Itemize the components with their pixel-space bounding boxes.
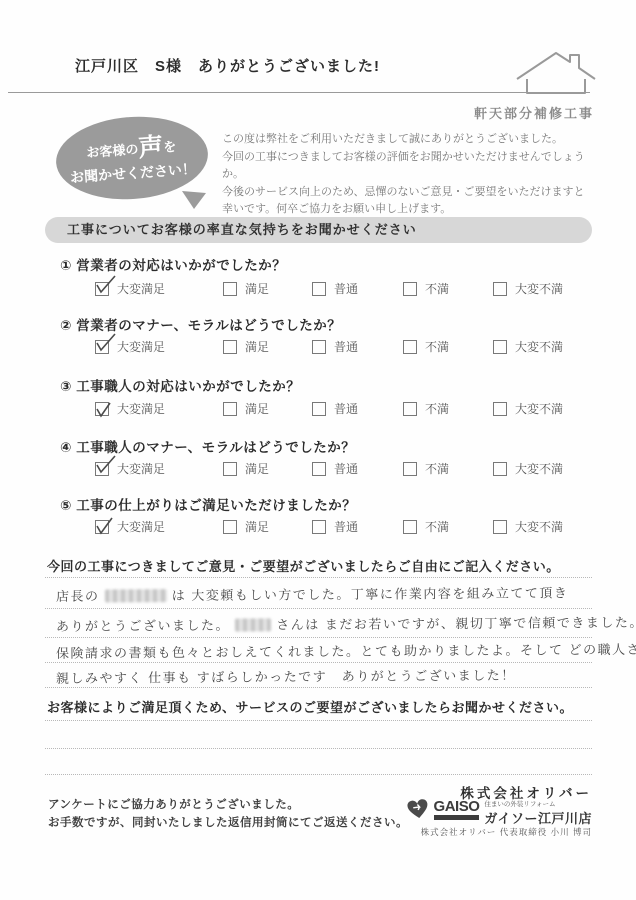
checkbox[interactable] <box>403 340 417 354</box>
redacted-name <box>105 589 167 602</box>
checkmark-icon <box>94 398 117 420</box>
option-fuman: 不満 <box>403 400 449 417</box>
store-name: ガイソー江戸川店 <box>484 808 592 827</box>
option-manzoku: 満足 <box>223 518 269 535</box>
checkbox[interactable] <box>312 282 326 296</box>
bubble-emphasis: 声 <box>137 133 164 163</box>
gaiso-logo: GAISO 住まいの外装リフォーム ガイソー江戸川店 <box>407 799 592 827</box>
representative-line: 株式会社オリバー 代表取締役 小川 博司 <box>421 826 592 838</box>
writing-line[interactable] <box>45 720 592 721</box>
checkmark-icon <box>94 332 117 354</box>
checkbox[interactable] <box>312 520 326 534</box>
option-daihen-manzoku: 大変満足 <box>95 400 165 417</box>
option-futsuu: 普通 <box>312 280 358 297</box>
option-futsuu: 普通 <box>312 338 358 355</box>
checkmark-icon <box>94 515 117 537</box>
store-block: 住まいの外装リフォーム ガイソー江戸川店 <box>484 799 592 827</box>
intro-paragraph: この度は弊社をご利用いただきまして誠にありがとうございました。 今回の工事につき… <box>222 131 602 219</box>
checkbox[interactable] <box>312 402 326 416</box>
checkbox-checked[interactable] <box>95 462 109 476</box>
option-manzoku: 満足 <box>223 400 269 417</box>
option-fuman: 不満 <box>403 338 449 355</box>
footer-thanks-line-1: アンケートにご協力ありがとうございました。 <box>48 796 299 812</box>
writing-line[interactable] <box>45 637 592 638</box>
handwritten-comment-line-1: 店長の は 大変頼もしい方でした。丁寧に作業内容を組み立てて頂き <box>56 582 586 605</box>
option-daihen-manzoku: 大変満足 <box>95 338 165 355</box>
checkbox[interactable] <box>223 282 237 296</box>
option-daihen-fuman: 大変不満 <box>493 460 563 477</box>
intro-line: 今後のサービス向上のため、忌憚のないご意見・ご要望をいただけますと <box>222 184 602 202</box>
question-1-options: 大変満足 満足 普通 不満 大変不満 <box>0 280 636 300</box>
checkbox[interactable] <box>403 402 417 416</box>
checkbox[interactable] <box>403 282 417 296</box>
question-3-options: 大変満足 満足 普通 不満 大変不満 <box>0 400 636 420</box>
checkbox[interactable] <box>312 340 326 354</box>
page-title: 江戸川区 S様 ありがとうございました! <box>75 55 380 76</box>
option-fuman: 不満 <box>403 460 449 477</box>
checkbox[interactable] <box>493 520 507 534</box>
writing-line[interactable] <box>45 662 592 663</box>
question-2-options: 大変満足 満足 普通 不満 大変不満 <box>0 338 636 358</box>
question-5: ⑤ 工事の仕上がりはご満足いただけましたか？ <box>60 494 356 514</box>
writing-line[interactable] <box>45 608 592 609</box>
writing-line[interactable] <box>45 748 592 749</box>
checkbox[interactable] <box>403 462 417 476</box>
checkbox[interactable] <box>223 402 237 416</box>
survey-section-header: 工事についてお客様の率直な気持ちをお聞かせください <box>45 217 592 243</box>
bubble-tail <box>180 191 210 211</box>
gaiso-wordmark: GAISO <box>434 799 480 820</box>
writing-line[interactable] <box>45 577 592 578</box>
option-daihen-fuman: 大変不満 <box>493 280 563 297</box>
handwritten-comment-line-3: 保険請求の書類も色々とおしえてくれました。とても助かりましたよ。そして どの職人… <box>56 639 586 662</box>
option-daihen-fuman: 大変不満 <box>493 338 563 355</box>
checkbox-checked[interactable] <box>95 340 109 354</box>
checkbox[interactable] <box>403 520 417 534</box>
checkbox[interactable] <box>223 520 237 534</box>
question-3: ③ 工事職人の対応はいかがでしたか？ <box>60 375 300 395</box>
question-1: ① 営業者の対応はいかがでしたか？ <box>60 254 286 274</box>
checkbox[interactable] <box>493 340 507 354</box>
checkmark-icon <box>94 274 117 296</box>
intro-line: 幸いです。何卒ご協力をお願い申し上げます。 <box>222 201 602 219</box>
option-manzoku: 満足 <box>223 280 269 297</box>
handwritten-comment-line-2: ありがとうございました。 さんは まだお若いですが、親切丁寧で信頼できました。 <box>56 612 586 635</box>
intro-line: 今回の工事につきましてお客様の評価をお聞かせいただけませんでしょうか。 <box>222 149 602 184</box>
redacted-name <box>235 618 271 631</box>
question-4-options: 大変満足 満足 普通 不満 大変不満 <box>0 460 636 480</box>
checkbox[interactable] <box>493 282 507 296</box>
option-daihen-manzoku: 大変満足 <box>95 460 165 477</box>
logo-tagline: 住まいの外装リフォーム <box>484 799 555 808</box>
requests-section-header: お客様によりご満足頂くため、サービスのご要望がございましたらお聞かせください。 <box>47 697 607 716</box>
writing-line[interactable] <box>45 774 592 775</box>
work-type-label: 軒天部分補修工事 <box>474 103 594 122</box>
checkbox-checked[interactable] <box>95 402 109 416</box>
option-fuman: 不満 <box>403 518 449 535</box>
option-daihen-manzoku: 大変満足 <box>95 518 165 535</box>
footer-thanks-line-2: お手数ですが、同封いたしました返信用封筒にてご返送ください。 <box>48 814 408 830</box>
gaiso-heart-icon <box>405 798 430 821</box>
option-manzoku: 満足 <box>223 338 269 355</box>
checkmark-icon <box>94 454 117 476</box>
checkbox[interactable] <box>223 340 237 354</box>
comments-section-header: 今回の工事につきましてご意見・ご要望がございましたらご自由にご記入ください。 <box>47 556 607 575</box>
handwritten-comment-line-4: 親しみやすく 仕事も すばらしかったです ありがとうございました！ <box>56 664 586 687</box>
house-icon <box>514 48 598 101</box>
option-daihen-manzoku: 大変満足 <box>95 280 165 297</box>
checkbox[interactable] <box>493 462 507 476</box>
option-futsuu: 普通 <box>312 518 358 535</box>
option-daihen-fuman: 大変不満 <box>493 518 563 535</box>
option-fuman: 不満 <box>403 280 449 297</box>
checkbox-checked[interactable] <box>95 282 109 296</box>
option-futsuu: 普通 <box>312 460 358 477</box>
gaiso-logo-bar <box>434 815 480 820</box>
checkbox[interactable] <box>223 462 237 476</box>
writing-line[interactable] <box>45 687 592 688</box>
survey-document: 江戸川区 S様 ありがとうございました! 軒天部分補修工事 お客様の声を お聞か… <box>0 0 636 900</box>
header-divider <box>8 92 590 93</box>
option-futsuu: 普通 <box>312 400 358 417</box>
question-5-options: 大変満足 満足 普通 不満 大変不満 <box>0 518 636 538</box>
customer-voice-bubble: お客様の声を お聞かせください！ <box>52 113 222 213</box>
checkbox[interactable] <box>312 462 326 476</box>
option-manzoku: 満足 <box>223 460 269 477</box>
checkbox-checked[interactable] <box>95 520 109 534</box>
option-daihen-fuman: 大変不満 <box>493 400 563 417</box>
checkbox[interactable] <box>493 402 507 416</box>
intro-line: この度は弊社をご利用いただきまして誠にありがとうございました。 <box>222 131 602 149</box>
